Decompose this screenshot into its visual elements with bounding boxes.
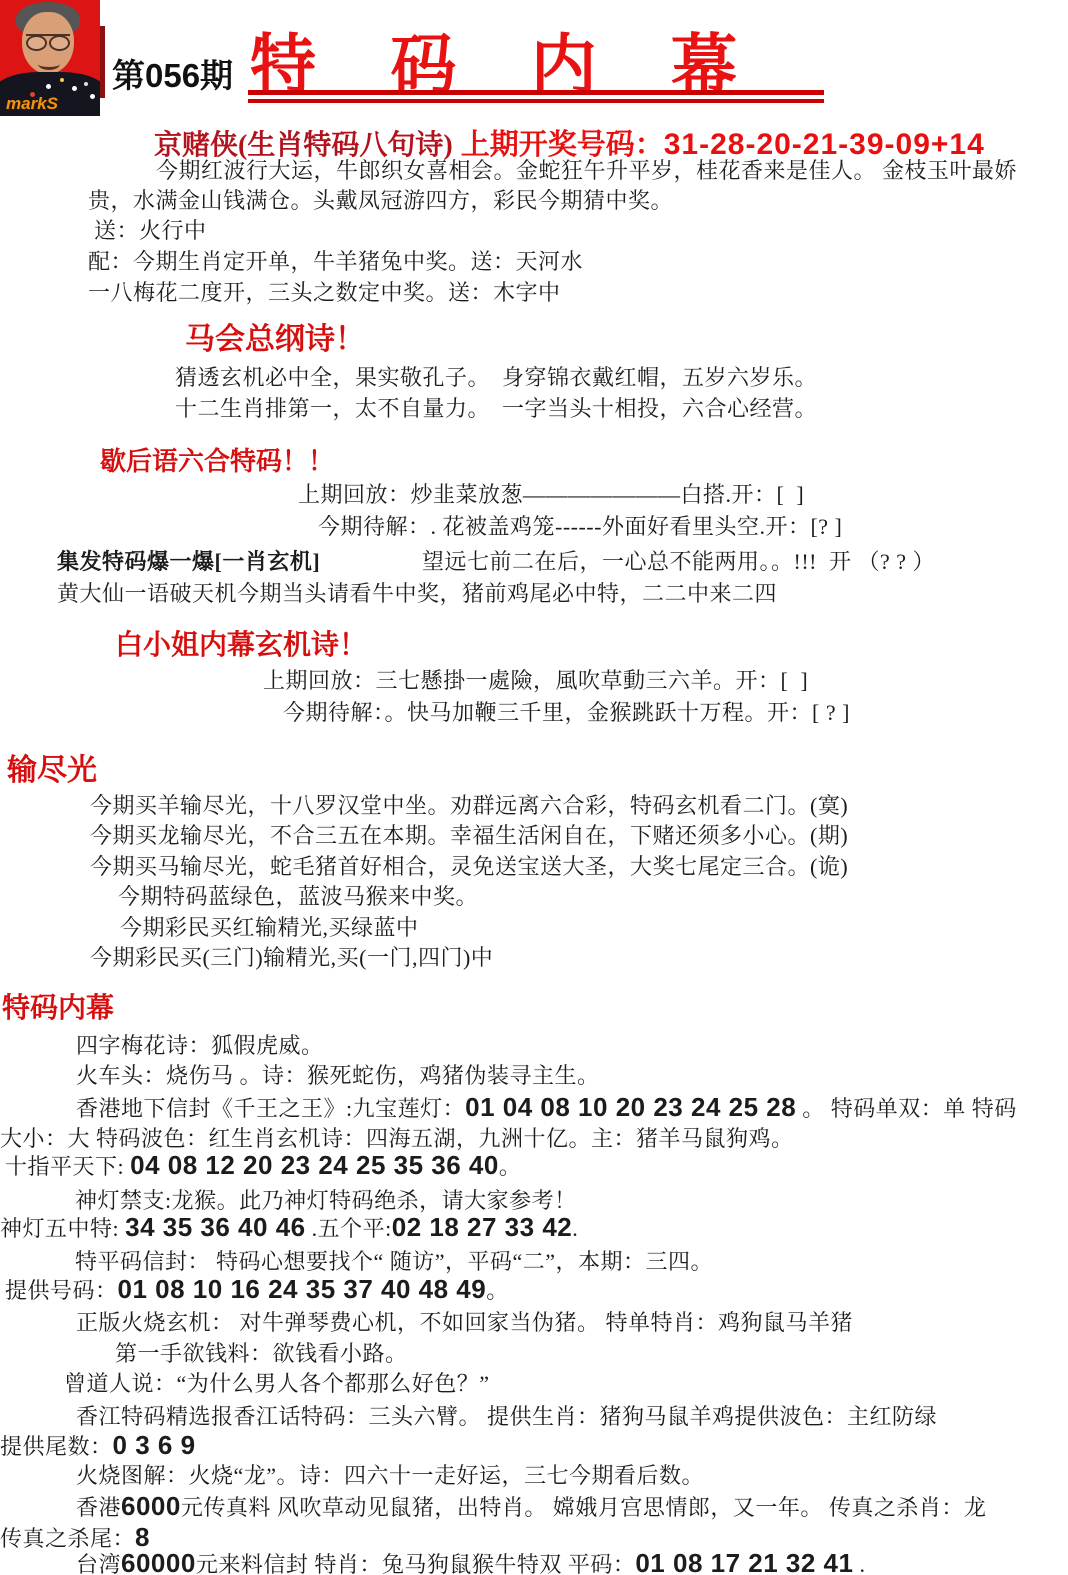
text-segment: 。 xyxy=(499,1154,522,1179)
xiehouyu-line-right: 望远七前二在后，一心总不能两用。。!!! 开 （? ? ） xyxy=(422,549,935,575)
section-heading-neimu: 特码内幕 xyxy=(2,986,114,1026)
section-heading-baixiaojie: 白小姐内幕玄机诗！ xyxy=(115,623,367,663)
neimu-line: 香江特码精选报香江话特码：三头六臂。 提供生肖：猪狗马鼠羊鸡提供波色：主红防绿 xyxy=(76,1404,937,1430)
mahui-line: 十二生肖排第一，太不自量力。 一字当头十相投，六合心经营。 xyxy=(175,396,817,422)
jacket-dot xyxy=(90,94,95,99)
title-underline-bottom xyxy=(248,99,824,103)
neimu-line: 四字梅花诗：狐假虎威。 xyxy=(76,1033,324,1059)
neimu-line: 火烧图解：火烧“龙”。诗：四六十一走好运，三七今期看后数。 xyxy=(76,1463,704,1489)
section-heading-mahui: 马会总纲诗！ xyxy=(185,314,365,358)
text-segment: 十指平天下: xyxy=(5,1154,130,1179)
text-segment: . xyxy=(572,1216,578,1241)
intro-line: 贵，水满金山钱满仓。头戴凤冠游四方，彩民今期猜中奖。 xyxy=(88,188,673,214)
text-segment: 香港地下信封《千王之王》:九宝莲灯： xyxy=(76,1096,465,1121)
neimu-line: 第一手欲钱料：欲钱看小路。 xyxy=(115,1341,408,1367)
neimu-line: 大小：大 特码波色：红生肖玄机诗：四海五湖，九洲十亿。主：猪羊马鼠狗鸡。 xyxy=(0,1126,794,1152)
neimu-line-shendeng: 神灯五中特: 34 35 36 40 46 .五个平:02 18 27 33 4… xyxy=(0,1214,578,1242)
neimu-line: 曾道人说：“为什么男人各个都那么好色？” xyxy=(64,1371,490,1397)
shujinguang-line: 今期特码蓝绿色，蓝波马猴来中奖。 xyxy=(118,884,478,910)
mahui-line: 猜透玄机必中全，果实敬孔子。 身穿锦衣戴红帽，五岁六岁乐。 xyxy=(175,365,817,391)
number-segment: 0 3 6 9 xyxy=(113,1430,196,1460)
text-segment: 提供号码： xyxy=(5,1278,118,1303)
neimu-line-weishu: 提供尾数：0 3 6 9 xyxy=(0,1432,196,1460)
author-name: 京赌侠(生肖特码八句诗) xyxy=(154,130,453,161)
baixiaojie-line: 今期待解：。快马加鞭三千里，金猴跳跃十万程。开：[ ? ] xyxy=(283,700,850,726)
section-heading-shujinguang: 输尽光 xyxy=(7,745,97,789)
text-segment: 元来料信封 特肖：兔马狗鼠猴牛特双 平码： xyxy=(196,1552,636,1575)
shujinguang-line: 今期彩民买(三门)输精光,买(一门,四门)中 xyxy=(90,945,493,971)
last-draw-numbers: 31-28-20-21-39-09+14 xyxy=(664,128,985,161)
xiehouyu-line-left: 集发特码爆一爆[一肖玄机] xyxy=(57,549,320,575)
shujinguang-line: 今期彩民买红输精光,买绿蓝中 xyxy=(120,915,419,941)
shujinguang-line: 今期买龙输尽光，不合三五在本期。幸福生活闲自在，下赌还须多小心。(期) xyxy=(90,823,848,849)
number-segment: 04 08 12 20 23 24 25 35 36 40 xyxy=(130,1150,499,1180)
neimu-line-tigong: 提供号码：01 08 10 16 24 35 37 40 48 49。 xyxy=(5,1276,509,1304)
jacket-dot xyxy=(84,82,88,86)
author-photo: markS xyxy=(0,0,100,116)
xiehouyu-line: 上期回放：炒韭菜放葱———————白搭.开：[ ] xyxy=(298,482,804,508)
xiehouyu-line: 黄大仙一语破天机今期当头请看牛中奖，猪前鸡尾必中特，二二中来二四 xyxy=(57,581,777,607)
neimu-line-shizhi: 十指平天下: 04 08 12 20 23 24 25 35 36 40。 xyxy=(5,1152,521,1180)
shujinguang-line: 今期买羊输尽光，十八罗汉堂中坐。劝群远离六合彩，特码玄机看二门。(寞) xyxy=(90,793,848,819)
number-segment: 01 08 10 16 24 35 37 40 48 49 xyxy=(118,1274,487,1304)
text-segment: 台湾 xyxy=(76,1552,121,1575)
last-draw-label: 上期开奖号码： xyxy=(453,129,664,161)
neimu-line-hk6000: 香港6000元传真料 风吹草动见鼠猪，出特肖。 嫦娥月宫思情郎，又一年。 传真之… xyxy=(76,1493,986,1521)
number-segment: 60000 xyxy=(121,1548,196,1575)
text-segment: 提供尾数： xyxy=(0,1434,113,1459)
text-segment: 。 特码单双：单 特码 xyxy=(796,1096,1017,1121)
section-heading-xiehouyu: 歇后语六合特码！！ xyxy=(100,441,334,478)
intro-line: 一八梅花二度开，三头之数定中奖。送：木字中 xyxy=(88,280,561,306)
number-segment: 34 35 36 40 46 xyxy=(125,1212,306,1242)
text-segment: .五个平: xyxy=(306,1216,392,1241)
text-segment: . xyxy=(853,1552,865,1575)
neimu-line: 神灯禁支:龙猴。此乃神灯特码绝杀，请大家参考！ xyxy=(75,1188,577,1214)
intro-line: 今期红波行大运，牛郎织女喜相会。金蛇狂午升平岁，桂花香来是佳人。 金枝玉叶最娇 xyxy=(156,158,1017,184)
xiehouyu-line: 今期待解：. 花被盖鸡笼------外面好看里头空.开：[? ] xyxy=(318,514,842,540)
neimu-line: 正版火烧玄机： 对牛弹琴费心机，不如回家当伪猪。 特单特肖：鸡狗鼠马羊猪 xyxy=(76,1310,853,1336)
shujinguang-line: 今期买马输尽光，蛇毛猪首好相合，灵免送宝送大圣，大奖七尾定三合。(诡) xyxy=(90,854,848,880)
text-segment: 传真之杀尾： xyxy=(0,1526,135,1551)
baixiaojie-line: 上期回放：三七懸掛一處險，風吹草動三六羊。开：[ ] xyxy=(263,668,808,694)
photo-watermark: markS xyxy=(6,94,58,114)
number-segment: 01 04 08 10 20 23 24 25 28 xyxy=(465,1092,796,1122)
neimu-line-envelope: 香港地下信封《千王之王》:九宝莲灯：01 04 08 10 20 23 24 2… xyxy=(76,1094,1017,1122)
number-segment: 6000 xyxy=(121,1491,181,1521)
jacket-dot xyxy=(46,84,51,89)
intro-line: 配：今期生肖定开单，牛羊猪兔中奖。送：天河水 xyxy=(88,249,583,275)
jacket-dot xyxy=(72,86,77,91)
photo-smile xyxy=(38,58,60,70)
text-segment: 。 xyxy=(486,1278,509,1303)
neimu-line: 火车头：烧伤马 。诗：猴死蛇伤，鸡猪伪装寻主生。 xyxy=(76,1063,600,1089)
issue-number: 第056期 xyxy=(112,50,233,97)
text-segment: 神灯五中特: xyxy=(0,1216,125,1241)
text-segment: 元传真料 风吹草动见鼠猪，出特肖。 嫦娥月宫思情郎，又一年。 传真之杀肖：龙 xyxy=(181,1495,987,1520)
photo-edge-strip xyxy=(100,26,105,98)
intro-line: 送：火行中 xyxy=(94,218,207,244)
neimu-line-tw60000: 台湾60000元来料信封 特肖：兔马狗鼠猴牛特双 平码：01 08 17 21 … xyxy=(76,1550,865,1575)
number-segment: 01 08 17 21 32 41 xyxy=(635,1548,853,1575)
number-segment: 02 18 27 33 42 xyxy=(392,1212,573,1242)
neimu-line: 特平码信封： 特码心想要找个“ 随访”，平码“二”，本期：三四。 xyxy=(75,1249,713,1275)
glasses-icon xyxy=(26,34,70,50)
text-segment: 香港 xyxy=(76,1495,121,1520)
jacket-dot xyxy=(60,78,64,82)
title-underline-top xyxy=(248,90,824,95)
tip-sheet-page: markS 第056期 特 码 内 幕 京赌侠(生肖特码八句诗) 上期开奖号码：… xyxy=(0,0,1068,1575)
